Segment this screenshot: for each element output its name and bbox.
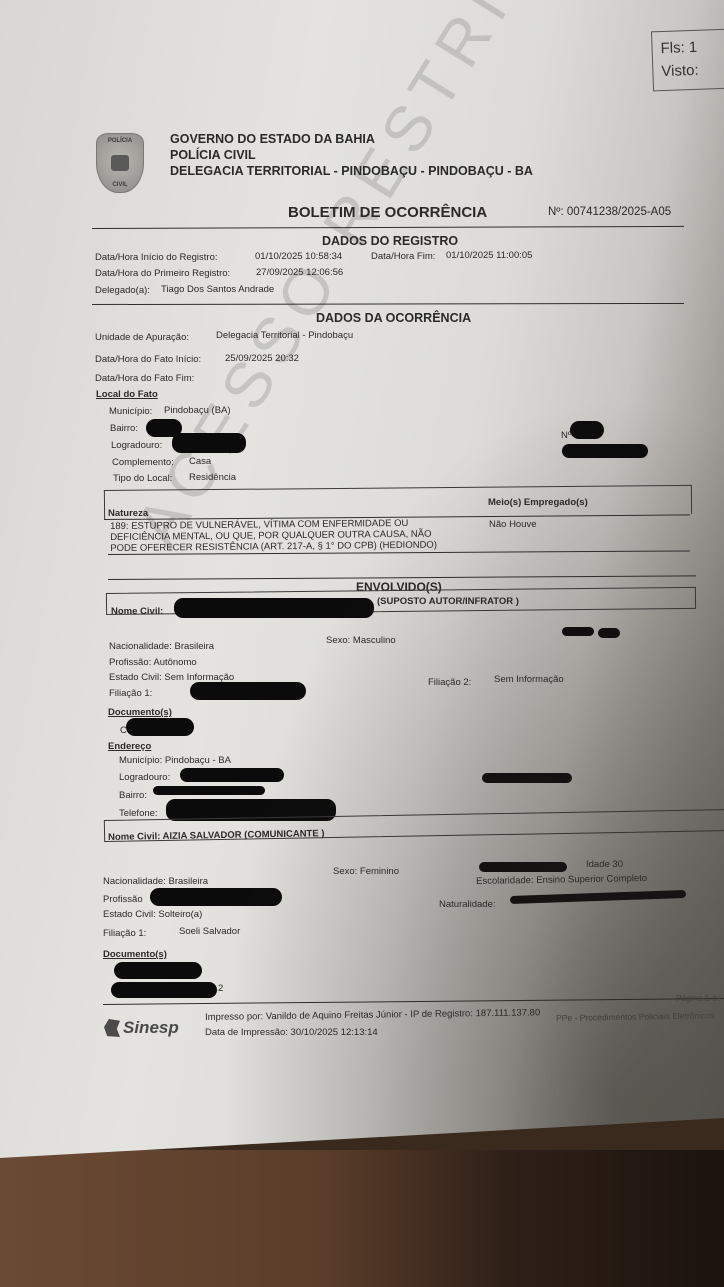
autor-filiacao2-value: Sem Informação bbox=[494, 674, 564, 685]
redaction-mark bbox=[150, 888, 282, 906]
header-line-2: POLÍCIA CIVIL bbox=[170, 147, 533, 163]
autor-filiacao1-label: Filiação 1: bbox=[109, 688, 152, 699]
redaction-mark bbox=[570, 421, 604, 439]
redaction-mark bbox=[174, 598, 374, 618]
section-title-ocorrencia: DADOS DA OCORRÊNCIA bbox=[316, 311, 471, 325]
visto-label: Visto: bbox=[661, 61, 724, 80]
redaction-mark bbox=[598, 628, 620, 638]
meios-empregados-label: Meio(s) Empregado(s) bbox=[488, 497, 588, 508]
delegado-value: Tiago Dos Santos Andrade bbox=[161, 284, 274, 295]
autor-nome-label: Nome Civil: bbox=[111, 606, 163, 617]
redaction-mark bbox=[562, 627, 594, 636]
comunicante-estado-civil: Estado Civil: Solteiro(a) bbox=[103, 909, 202, 920]
autor-municipio: Município: Pindobaçu - BA bbox=[119, 755, 231, 766]
municipio-label: Município: bbox=[109, 406, 152, 417]
autor-documentos-title: Documento(s) bbox=[108, 707, 172, 718]
header-line-3: DELEGACIA TERRITORIAL - PINDOBAÇU - PIND… bbox=[170, 163, 533, 179]
badge-bottom-text: CIVIL bbox=[112, 182, 127, 188]
comunicante-documentos-title: Documento(s) bbox=[103, 949, 167, 960]
fato-inicio-value: 25/09/2025 20:32 bbox=[225, 353, 299, 364]
autor-endereco-title: Endereço bbox=[108, 741, 151, 752]
local-fato-title: Local do Fato bbox=[96, 389, 158, 400]
unidade-value: Delegacia Territorial - Pindobaçu bbox=[216, 330, 353, 341]
logradouro-label: Logradouro: bbox=[111, 440, 162, 451]
folio-number: Fls: 1 bbox=[660, 38, 724, 57]
redaction-mark bbox=[180, 768, 284, 782]
redaction-mark bbox=[190, 682, 306, 700]
sinesp-logo: Sinesp bbox=[104, 1018, 179, 1038]
natureza-label: Natureza bbox=[108, 508, 148, 519]
folio-stamp-box: Fls: 1 Visto: bbox=[651, 29, 724, 92]
autor-bairro-label: Bairro: bbox=[119, 790, 147, 801]
table-surface bbox=[0, 1150, 724, 1287]
sinesp-logo-text: Sinesp bbox=[123, 1018, 179, 1038]
tipo-local-label: Tipo do Local: bbox=[113, 473, 172, 484]
fato-inicio-label: Data/Hora do Fato Início: bbox=[95, 354, 201, 365]
autor-filiacao2-label: Filiação 2: bbox=[428, 677, 471, 688]
police-badge-logo: POLÍCIA CIVIL bbox=[96, 133, 144, 193]
comunicante-sexo: Sexo: Feminino bbox=[333, 866, 399, 877]
primeiro-registro-value: 27/09/2025 12:06:56 bbox=[256, 267, 343, 278]
bairro-label: Bairro: bbox=[110, 423, 138, 434]
autor-logradouro-label: Logradouro: bbox=[119, 772, 170, 783]
comunicante-doc-suffix: 2 bbox=[218, 983, 223, 994]
municipio-value: Pindobaçu (BA) bbox=[164, 405, 231, 416]
redaction-mark bbox=[172, 433, 246, 453]
page-indicator: Página 1 de bbox=[676, 993, 721, 1003]
autor-sexo: Sexo: Masculino bbox=[326, 635, 396, 646]
unidade-label: Unidade de Apuração: bbox=[95, 332, 189, 343]
redaction-mark bbox=[479, 862, 567, 872]
delegado-label: Delegado(a): bbox=[95, 285, 150, 296]
autor-nacionalidade: Nacionalidade: Brasileira bbox=[109, 641, 214, 652]
complemento-label: Complemento: bbox=[112, 457, 174, 468]
redaction-mark bbox=[111, 982, 217, 998]
fato-fim-label: Data/Hora do Fato Fim: bbox=[95, 373, 194, 384]
natureza-header-box bbox=[104, 485, 692, 519]
redaction-mark bbox=[482, 773, 572, 783]
comunicante-nacionalidade: Nacionalidade: Brasileira bbox=[103, 876, 208, 887]
comunicante-filiacao1-value: Soeli Salvador bbox=[179, 926, 240, 937]
redaction-mark bbox=[153, 786, 265, 795]
registro-inicio-value: 01/10/2025 10:58:34 bbox=[255, 251, 342, 262]
sinesp-logo-icon bbox=[104, 1019, 120, 1037]
section-title-registro: DADOS DO REGISTRO bbox=[322, 234, 458, 248]
badge-top-text: POLÍCIA bbox=[108, 138, 132, 144]
redaction-mark bbox=[562, 444, 648, 458]
comunicante-filiacao1-label: Filiação 1: bbox=[103, 928, 146, 939]
meios-empregados-value: Não Houve bbox=[489, 519, 537, 530]
agency-header: GOVERNO DO ESTADO DA BAHIA POLÍCIA CIVIL… bbox=[170, 131, 533, 179]
registro-inicio-label: Data/Hora Início do Registro: bbox=[95, 252, 218, 263]
comunicante-idade: Idade 30 bbox=[586, 859, 623, 870]
redaction-mark bbox=[114, 962, 202, 979]
crest-icon bbox=[111, 155, 129, 171]
redaction-mark bbox=[126, 718, 194, 736]
complemento-value: Casa bbox=[189, 456, 211, 467]
autor-papel: (SUPOSTO AUTOR/INFRATOR ) bbox=[377, 596, 519, 607]
autor-profissao: Profissão: Autônomo bbox=[109, 657, 197, 668]
data-impressao: Data de Impressão: 30/10/2025 12:13:14 bbox=[205, 1027, 378, 1038]
tipo-local-value: Residência bbox=[189, 472, 236, 483]
comunicante-profissao-label: Profissão bbox=[103, 894, 143, 905]
comunicante-naturalidade-label: Naturalidade: bbox=[439, 899, 496, 910]
autor-telefone-label: Telefone: bbox=[119, 808, 158, 819]
header-line-1: GOVERNO DO ESTADO DA BAHIA bbox=[170, 131, 533, 147]
primeiro-registro-label: Data/Hora do Primeiro Registro: bbox=[95, 268, 230, 279]
registro-fim-label: Data/Hora Fim: bbox=[371, 251, 435, 262]
natureza-text: 189: ESTUPRO DE VULNERÁVEL, VÍTIMA COM E… bbox=[110, 518, 437, 554]
document-title: BOLETIM DE OCORRÊNCIA bbox=[288, 204, 487, 221]
report-number: Nº: 00741238/2025-A05 bbox=[548, 206, 671, 218]
registro-fim-value: 01/10/2025 11:00:05 bbox=[446, 250, 532, 261]
